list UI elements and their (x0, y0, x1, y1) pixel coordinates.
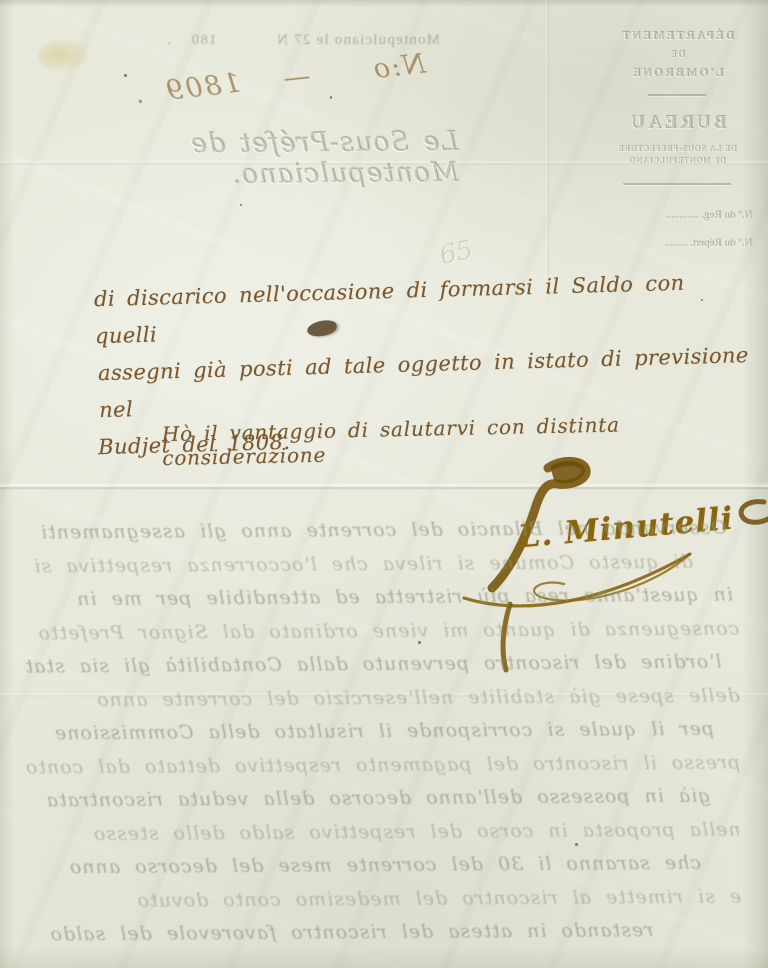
bleedthrough-line: che saranno li 30 del corrente mese del … (25, 846, 741, 884)
bleedthrough-line: già in possesso dell'anno decorso della … (24, 779, 740, 817)
bleedthrough-line: delle spese già stabilite nell'esercizio… (24, 679, 740, 717)
bleedthrough-line: e si rimette al riscontro del medesimo c… (25, 880, 741, 918)
embossed-number: 65 (437, 235, 476, 271)
bleedthrough-line: l'ordine del riscontro pervenuto dalla C… (23, 646, 739, 684)
bleedthrough-subprefect-line: Le Sous-Préfet de Montepulciano. (48, 126, 459, 192)
bleedthrough-reverse-text: Osservando nel Bilancio del corrente ann… (22, 512, 741, 952)
ink-speck (240, 204, 242, 206)
letterhead-rule (623, 183, 731, 185)
letterhead-montepulciano: DE MONTEPULCIANO (596, 156, 758, 165)
letterhead-sousprefecture: DE LA SOUS-PRÉFECTURE (596, 144, 758, 153)
bleedthrough-line: presso il riscontro del pagamento respet… (24, 746, 740, 784)
bleedthrough-line: conseguenza di quanto mi viene ordinato … (23, 612, 739, 650)
letterhead-bureau: BUREAU (596, 112, 758, 134)
bleedthrough-printed-dateline: Montepulciano le 27 N 180 . (52, 32, 440, 49)
bleedthrough-line: di questo Comune si rileva che l'occorre… (23, 545, 739, 583)
bleedthrough-line: Osservando nel Bilancio del corrente ann… (22, 512, 738, 550)
bleedthrough-line: nella proposta in corso del respettivo s… (25, 813, 741, 851)
letter-scan-page: Montepulciano le 27 N 180 . N:o — 1809 .… (0, 0, 768, 968)
bleedthrough-line: restando in attesa del riscontro favorev… (25, 913, 741, 951)
bleedthrough-line: per il quale si corrisponde il risultato… (24, 713, 740, 751)
letterhead-ombrone: L'OMBRONE (596, 65, 758, 80)
ink-speck (124, 74, 127, 77)
letterhead-reg-line: N.º du Reg. ............ (596, 209, 758, 221)
letterhead-repert-line: N.º du Répert. ........ (596, 237, 758, 249)
bleedthrough-letterhead: DÉPARTEMENT DE L'OMBRONE BUREAU DE LA SO… (596, 20, 758, 249)
fold-crease-vertical (545, 0, 550, 300)
letterhead-de: DE (596, 49, 758, 59)
bleedthrough-line: in quest'anno resa più ristretta ed atte… (23, 579, 739, 617)
letterhead-departement: DÉPARTEMENT (596, 28, 758, 43)
letterhead-rule (648, 94, 706, 96)
